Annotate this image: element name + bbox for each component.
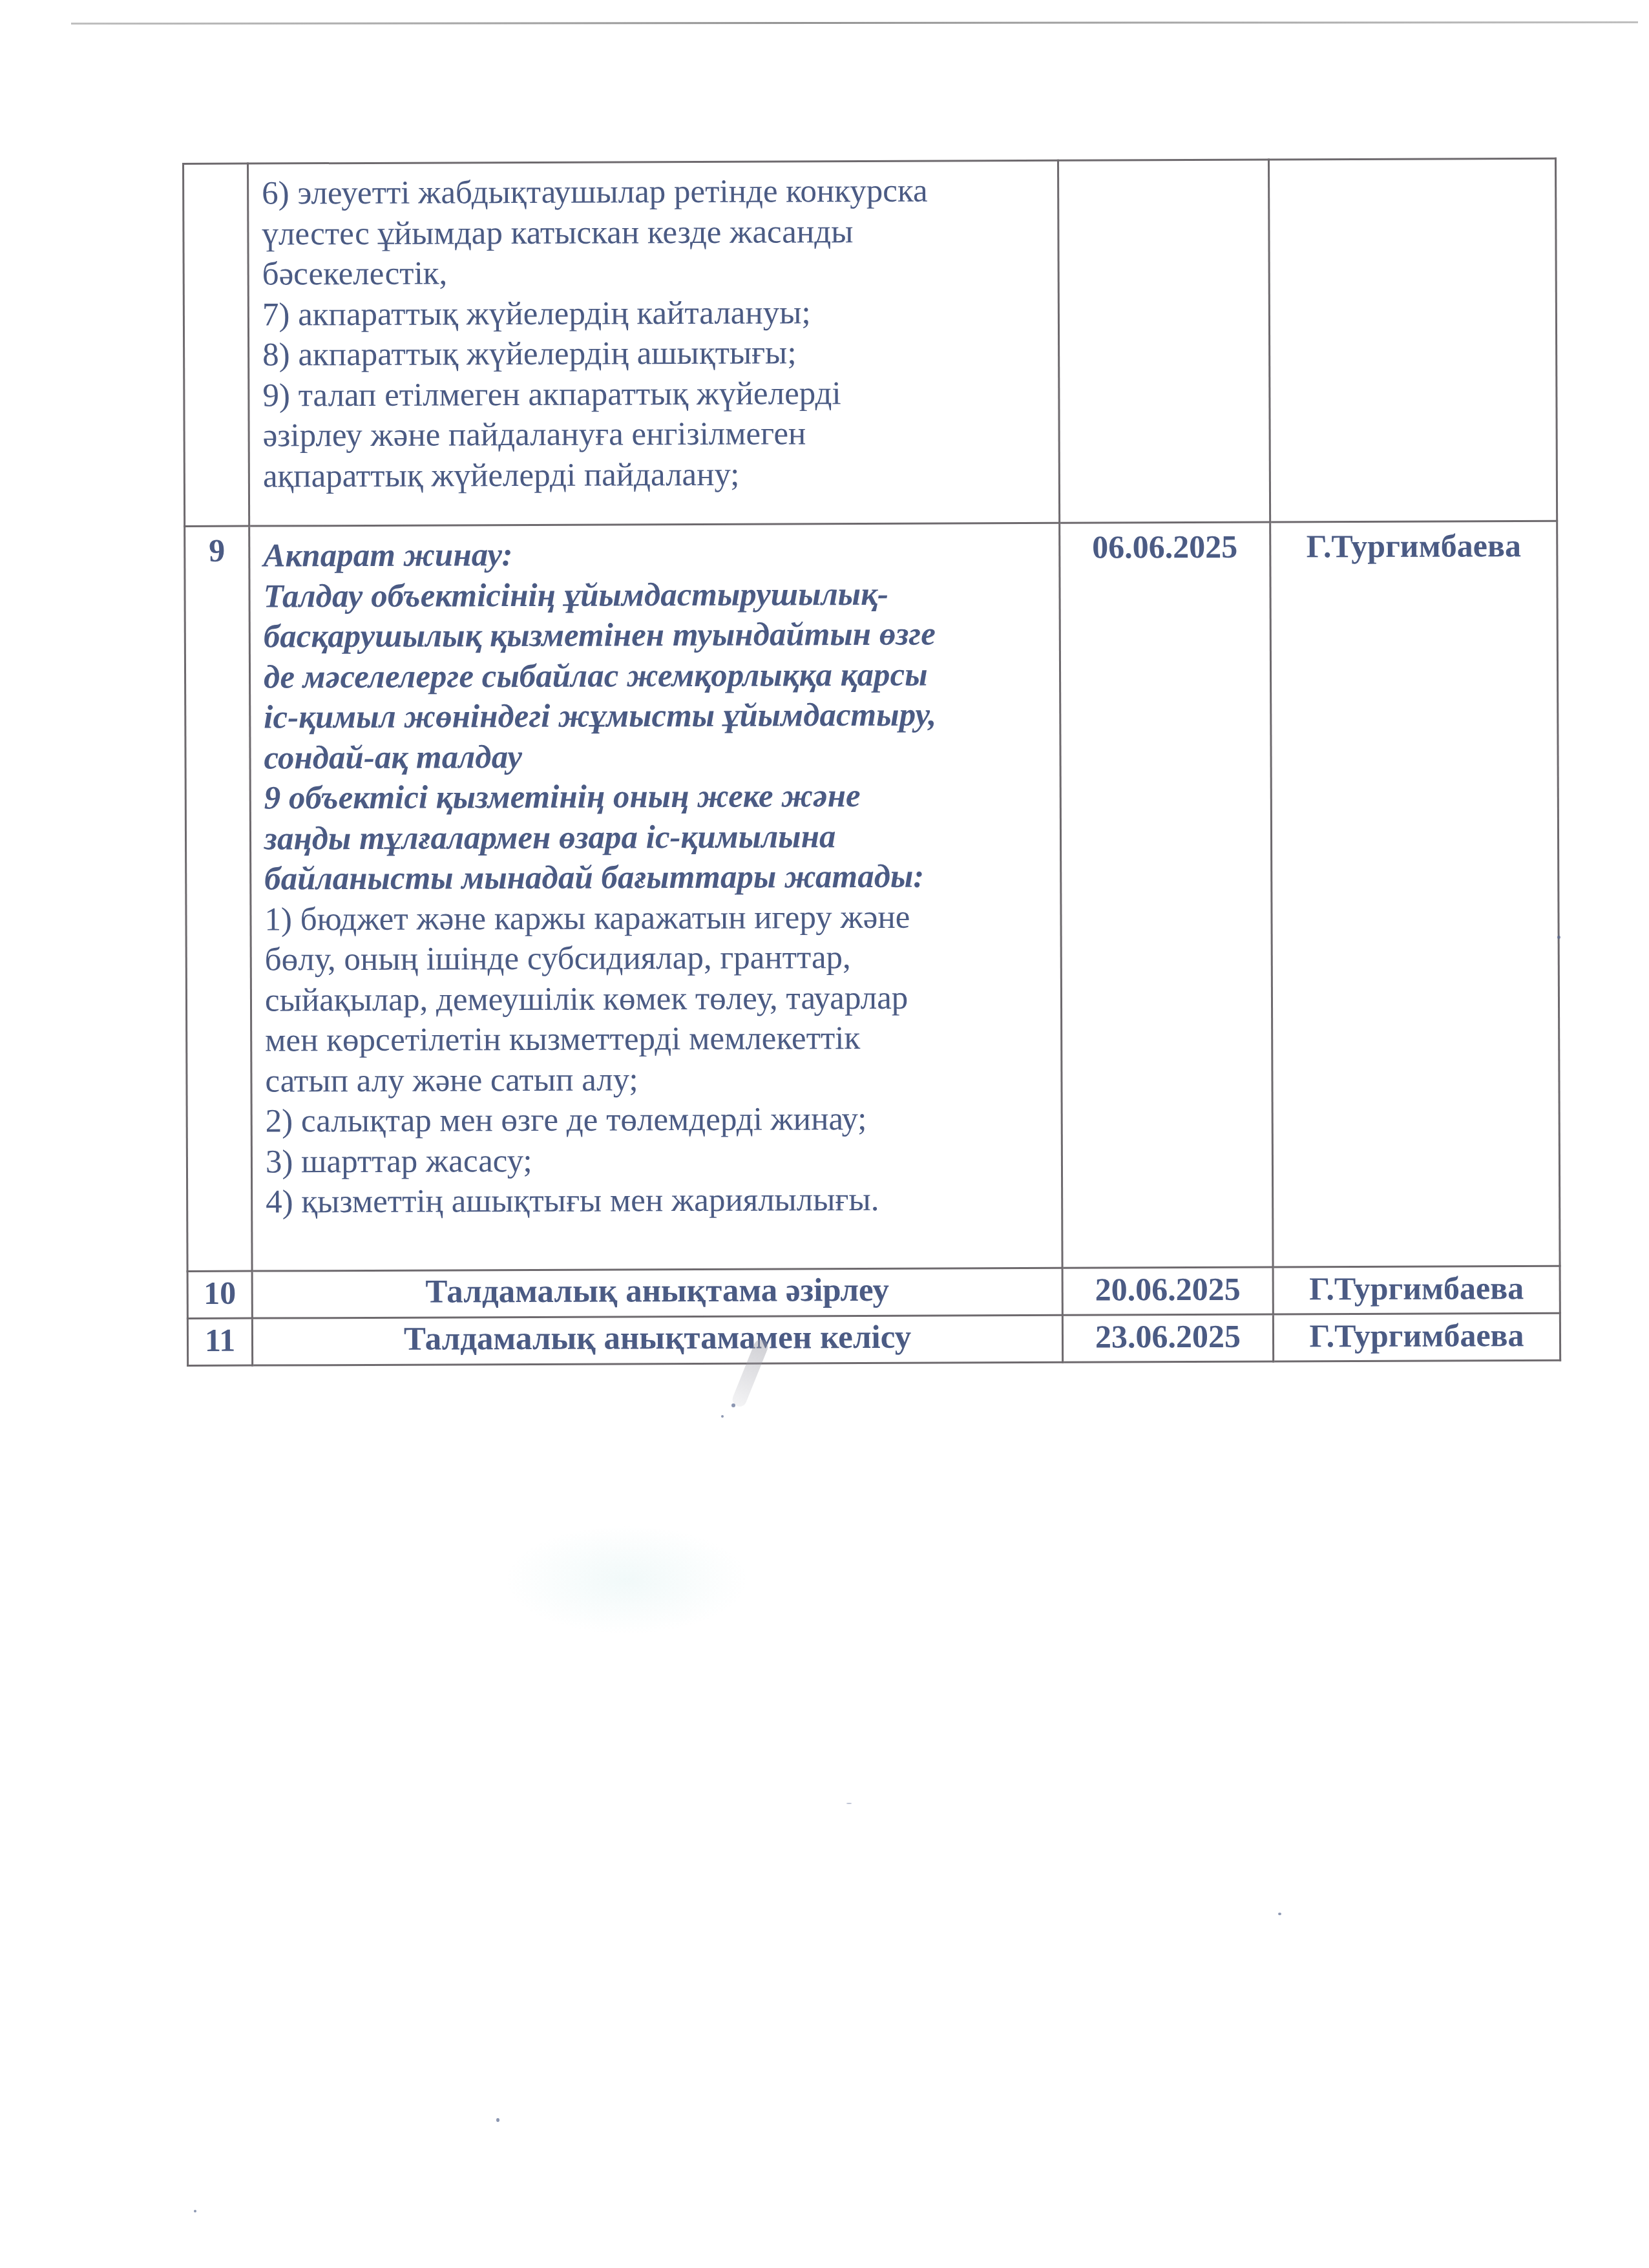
heading-line: іс-қимыл жөніндегі жұмысты ұйымдастыру, (264, 695, 1046, 738)
list-item-line: бөлу, оның ішінде субсидиялар, гранттар, (265, 937, 1047, 980)
date-cell: 20.06.2025 (1062, 1267, 1273, 1315)
schedule-table: 6) элеуетті жабдықтаушылар ретінде конку… (182, 158, 1561, 1367)
date-cell: 06.06.2025 (1060, 522, 1273, 1268)
list-item-line: үлестес ұйымдар катыскан кезде жасанды (262, 211, 1044, 254)
description-cell: Талдамалық анықтамамен келісу (252, 1315, 1062, 1365)
list-item-line: сыйақылар, демеушілік көмек төлеу, тауар… (265, 977, 1047, 1020)
heading-line: 9 объектісі қызметінің оның жеке және (264, 775, 1047, 819)
responsible-cell: Г.Тургимбаева (1273, 1313, 1560, 1361)
heading-line: сондай-ақ талдау (264, 735, 1046, 778)
list-item-line: 3) шарттар жасасу; (266, 1139, 1048, 1182)
row-number-cell (184, 163, 249, 526)
date-cell: 23.06.2025 (1062, 1314, 1273, 1362)
heading-line: Талдау объектісінің ұйымдастырушылық- (263, 573, 1045, 616)
row-number-cell: 11 (187, 1318, 252, 1365)
list-item-line: 8) акпараттық жүйелердің ашықтығы; (262, 332, 1045, 375)
table-row-11: 11 Талдамалық анықтамамен келісу 23.06.2… (187, 1313, 1560, 1365)
list-item-line: мен көрсетілетін кызметтерді мемлекеттік (265, 1018, 1047, 1061)
responsible-cell (1268, 158, 1557, 522)
description-cell: 6) элеуетті жабдықтаушылар ретінде конку… (248, 160, 1060, 526)
row-number-cell: 10 (187, 1271, 252, 1318)
description-cell: Акпарат жинау: Талдау объектісінің ұйымд… (249, 523, 1062, 1271)
responsible-cell: Г.Тургимбаева (1273, 1266, 1560, 1314)
table-row-8-continued: 6) элеуетті жабдықтаушылар ретінде конку… (184, 158, 1557, 526)
table-row-9: 9 Акпарат жинау: Талдау объектісінің ұйы… (185, 521, 1560, 1271)
description-cell: Талдамалық анықтама әзірлеу (252, 1268, 1062, 1318)
list-item-line: 9) талап етілмеген акпараттық жүйелерді (262, 372, 1045, 415)
ink-speck (194, 2210, 196, 2212)
list-item-line: 2) салықтар мен өзге де төлемдерді жинау… (266, 1098, 1048, 1142)
ink-speck (846, 1803, 852, 1804)
heading-line: де мәселелерге сыбайлас жемқорлыққа қарс… (264, 654, 1046, 697)
list-item-line: 7) акпараттық жүйелердің кайталануы; (262, 291, 1045, 335)
list-item-line: бәсекелестік, (262, 251, 1045, 295)
heading-line: заңды тұлғалармен өзара іс-қимылына (264, 815, 1047, 859)
list-item-line: 4) қызметтің ашықтығы мен жариялылығы. (266, 1179, 1048, 1223)
row-number-cell: 9 (185, 526, 252, 1271)
ink-speck (721, 1415, 724, 1418)
heading-line: байланысты мынадай бағыттары жатады: (264, 856, 1047, 899)
scan-edge-line (71, 21, 1638, 25)
heading-line: басқарушылық қызметінен туындайтын өзге (264, 614, 1046, 657)
ink-speck (731, 1403, 735, 1407)
list-item-line: әзірлеу және пайдалануға енгізілмеген (263, 413, 1045, 456)
ink-speck (1557, 936, 1560, 939)
list-item-line: 6) элеуетті жабдықтаушылар ретінде конку… (262, 171, 1044, 214)
list-item-line: ақпараттық жүйелерді пайдалану; (263, 453, 1045, 496)
ink-speck (496, 2118, 499, 2122)
faint-stamp-ghost (504, 1525, 750, 1635)
table-row-10: 10 Талдамалық анықтама әзірлеу 20.06.202… (187, 1266, 1560, 1318)
responsible-cell: Г.Тургимбаева (1270, 521, 1560, 1267)
section-heading: Акпарат жинау: (263, 533, 1045, 576)
list-item-line: сатып алу және сатып алу; (265, 1058, 1047, 1101)
ink-speck (1278, 1913, 1281, 1915)
list-item-line: 1) бюджет және каржы каражатын игеру жән… (264, 896, 1047, 940)
date-cell (1058, 160, 1270, 523)
